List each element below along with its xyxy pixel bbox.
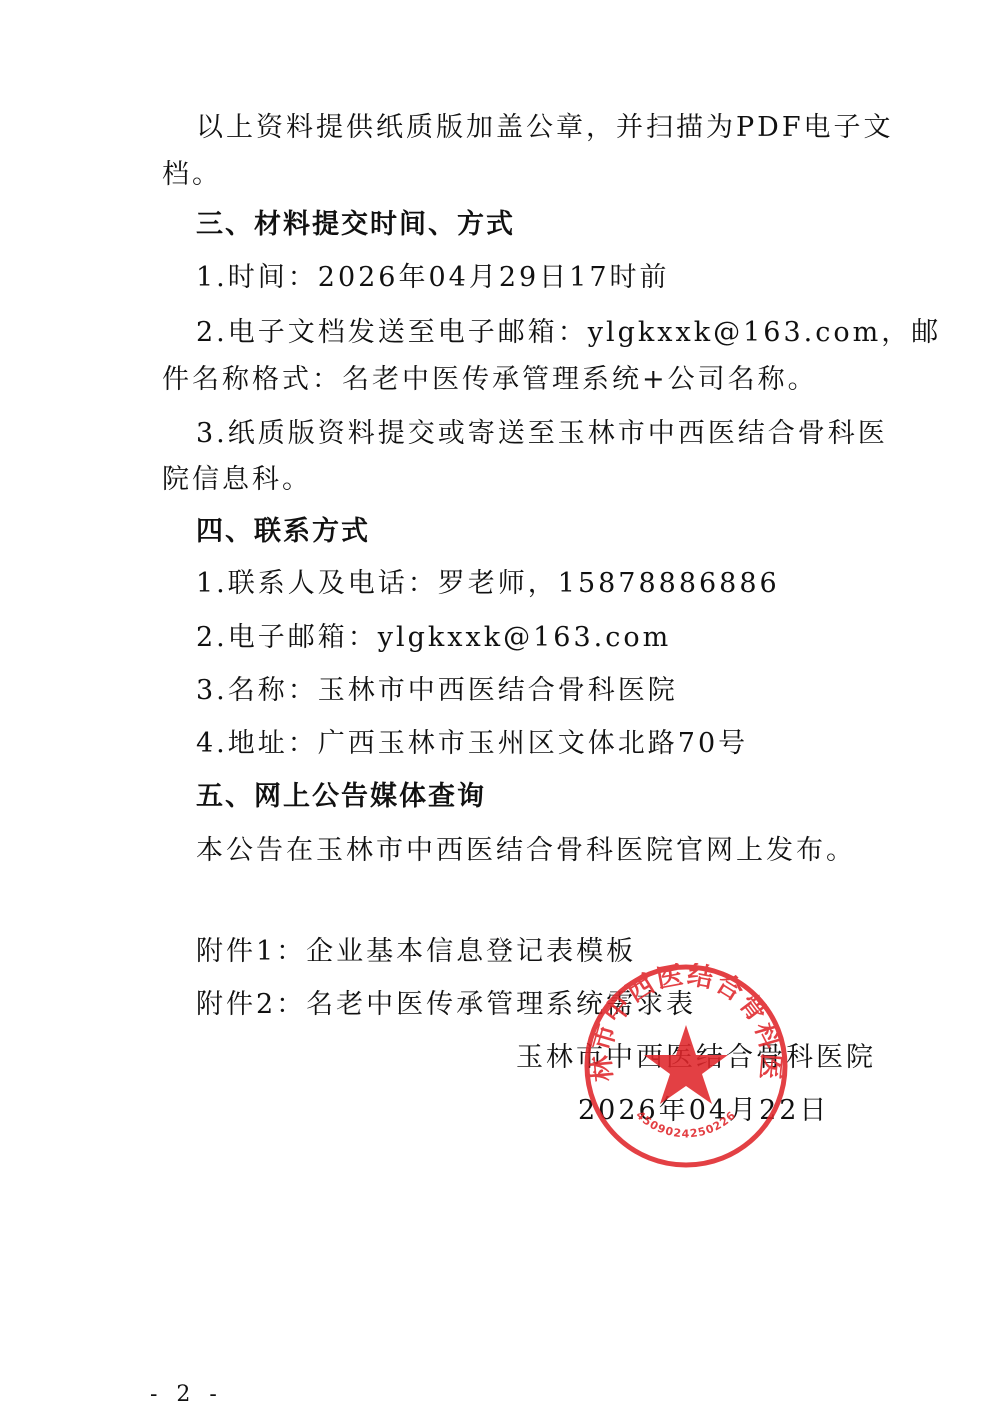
submission-paper-line-1: 3.纸质版资料提交或寄送至玉林市中西医结合骨科医 (196, 416, 888, 452)
signature-organization: 玉林市中西医结合骨科医院 (516, 1040, 876, 1076)
contact-email: 2.电子邮箱：ylgkxxk@163.com (196, 620, 671, 656)
materials-note-line-2: 档。 (162, 157, 222, 193)
section-3-heading: 三、材料提交时间、方式 (196, 207, 515, 243)
submission-time: 1.时间：2026年04月29日17时前 (196, 260, 670, 296)
contact-address: 4.地址：广西玉林市玉州区文体北路70号 (196, 726, 748, 762)
submission-paper-line-2: 院信息科。 (162, 462, 312, 498)
submission-email-line-2: 件名称格式：名老中医传承管理系统+公司名称。 (162, 362, 818, 398)
contact-name: 3.名称：玉林市中西医结合骨科医院 (196, 673, 678, 709)
document-page: 以上资料提供纸质版加盖公章，并扫描为PDF电子文 档。 三、材料提交时间、方式 … (0, 0, 1000, 1424)
publication-note: 本公告在玉林市中西医结合骨科医院官网上发布。 (196, 833, 856, 869)
section-5-heading: 五、网上公告媒体查询 (196, 779, 486, 815)
section-4-heading: 四、联系方式 (196, 514, 370, 550)
page-number: - 2 - (150, 1380, 223, 1410)
contact-person: 1.联系人及电话：罗老师，15878886886 (196, 566, 780, 602)
attachment-1: 附件1：企业基本信息登记表模板 (196, 934, 636, 970)
signature-date: 2026年04月22日 (578, 1093, 829, 1129)
attachment-2: 附件2：名老中医传承管理系统需求表 (196, 987, 696, 1023)
submission-email-line-1: 2.电子文档发送至电子邮箱：ylgkxxk@163.com，邮 (196, 315, 941, 351)
materials-note-line-1: 以上资料提供纸质版加盖公章，并扫描为PDF电子文 (196, 110, 894, 146)
